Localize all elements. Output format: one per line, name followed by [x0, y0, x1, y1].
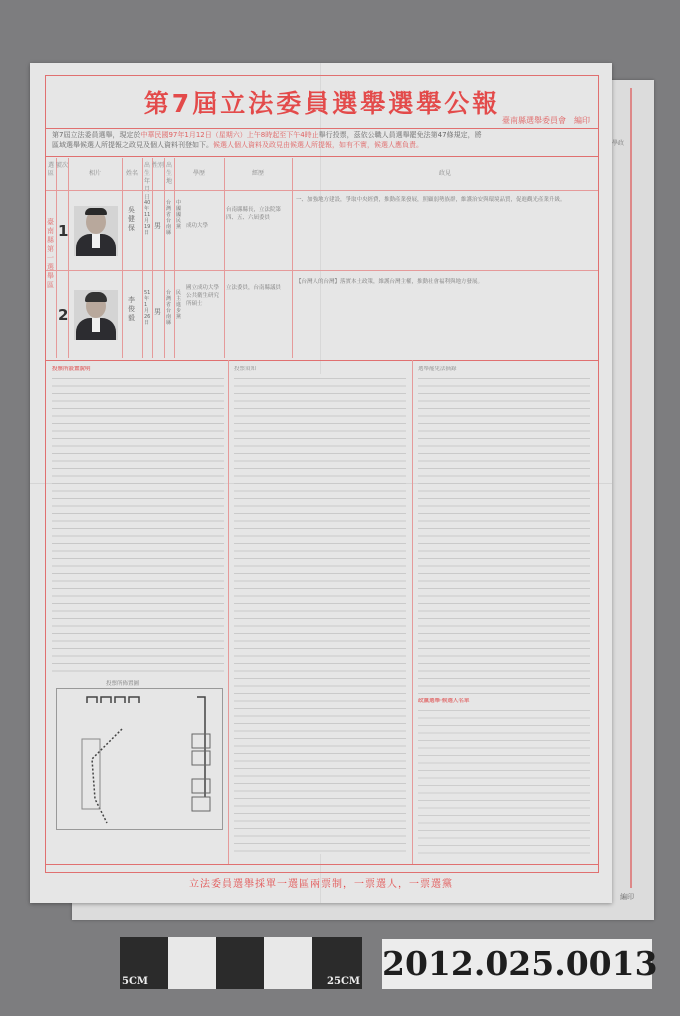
candidate-birthplace: 台灣省台南縣: [166, 290, 174, 326]
accession-number: 2012.025.0013: [382, 939, 652, 989]
voting-notes-column: 投票須知: [234, 366, 406, 856]
candidate-experience: 立法委員，台南縣議員: [226, 284, 290, 292]
back-sheet-footer: 編印: [620, 892, 634, 902]
divider: [46, 156, 598, 157]
candidate-birth: 51年1月26日: [144, 290, 152, 326]
divider: [46, 128, 598, 129]
party-list-section: 政黨選舉‧候選人名單: [418, 698, 590, 858]
candidate-photo: [74, 290, 118, 340]
candidate-platform: 【台灣人的台灣】落實本土政策，維護台灣主權，推動社會福利與地方發展。: [296, 278, 594, 286]
divider: [46, 360, 598, 361]
header-photo: 相片: [68, 170, 122, 178]
header-birthplace: 出生地: [164, 162, 174, 186]
candidate-experience: 台南縣縣長，立法院第四、五、六屆委員: [226, 206, 290, 222]
header-platform: 政見: [292, 170, 598, 178]
header-district: 選區: [46, 162, 56, 178]
candidate-name: 李俊毅: [128, 296, 136, 323]
candidate-photo: [74, 206, 118, 256]
scale-block: 5CM: [120, 937, 168, 989]
back-sheet-border: [630, 88, 632, 888]
election-law-column: 選舉罷免法摘錄: [418, 366, 590, 696]
candidate-row: 1 吳健保 40年11月19日 男 台灣省台南縣 中國國民黨 成功大學 台南縣縣…: [46, 192, 598, 270]
polling-station-diagram: [56, 688, 223, 830]
candidate-platform: 一、加強地方建設，爭取中央經費，推動產業發展，照顧弱勢族群，維護治安與環境品質，…: [296, 196, 594, 204]
candidate-table: 選區 號次 相片 姓名 出生年月日 性別 出生地 學歷 經歷 政見 臺南縣第一選…: [46, 158, 598, 358]
divider: [46, 864, 598, 865]
header-education: 學歷: [174, 170, 224, 178]
candidate-sex: 男: [154, 222, 162, 231]
publisher: 臺南縣選舉委員會 編印: [502, 115, 590, 126]
election-bulletin: 第7屆立法委員選舉選舉公報 臺南縣選舉委員會 編印 第7屆立法委員選舉，現定於中…: [30, 63, 612, 903]
candidate-birthplace: 台灣省台南縣: [166, 200, 174, 236]
scale-block: [216, 937, 264, 989]
scale-block: [168, 937, 216, 989]
scale-block: 25CM: [312, 937, 362, 989]
candidate-birth: 40年11月19日: [144, 200, 152, 236]
candidate-number: 2: [58, 306, 68, 324]
candidate-party: 中國國民黨: [176, 200, 184, 230]
measurement-scale: 5CM 25CM: [120, 937, 362, 989]
header-name: 姓名: [122, 170, 142, 178]
scale-block: [264, 937, 312, 989]
candidate-party: 民主進步黨: [176, 290, 184, 320]
candidate-row: 2 李俊毅 51年1月26日 男 台灣省台南縣 民主進步黨 國立成功大學公共衛生…: [46, 272, 598, 356]
header-experience: 經歷: [224, 170, 292, 178]
header-sex: 性別: [152, 162, 164, 170]
candidate-education: 成功大學: [186, 222, 222, 230]
candidate-education: 國立成功大學公共衛生研究所碩士: [186, 284, 222, 308]
bulletin-frame: 第7屆立法委員選舉選舉公報 臺南縣選舉委員會 編印 第7屆立法委員選舉，現定於中…: [45, 75, 599, 873]
candidate-sex: 男: [154, 308, 162, 317]
intro-paragraph: 第7屆立法委員選舉，現定於中華民國97年1月12日（星期六）上午8時起至下午4時…: [52, 130, 592, 150]
diagram-title: 投票所佈置圖: [106, 680, 139, 688]
candidate-name: 吳健保: [128, 206, 136, 233]
voting-instructions-column: 投票所設置說明: [52, 366, 224, 686]
footer-slogan: 立法委員選舉採單一選區兩票制，一票選人，一票選黨: [30, 875, 612, 890]
candidate-number: 1: [58, 222, 68, 240]
header-number: 號次: [56, 162, 68, 170]
